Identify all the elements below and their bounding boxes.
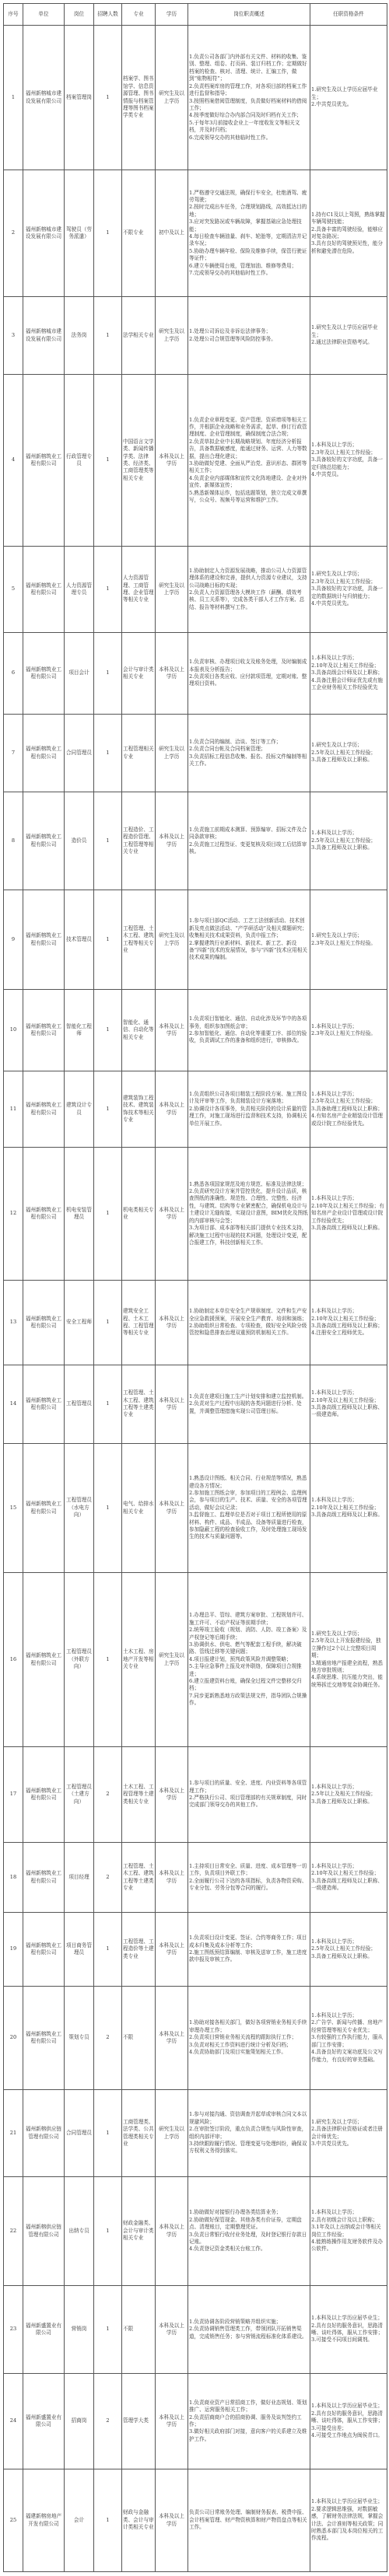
cell-duties: 1.熟悉各项国家规范及地方规范、标准及法律法规； 2.负责研究设计方案并管控优化… — [188, 1148, 310, 1281]
cell-duties: 1.负责施工前期成本测算、预算编审、招标文件及合同条款审核； 2.负责施工过程签… — [188, 792, 310, 890]
cell-no: 8 — [4, 792, 23, 890]
cell-requirements: 1.本科及以上学历； 2.5年及以上相关工作经验； 3.具备工程师及以上职称。 — [310, 1913, 387, 1987]
cell-unit: 福州新榕筑业工程有限公司 — [23, 1071, 65, 1148]
cell-major: 不限 — [122, 1987, 156, 2090]
cell-count: 1 — [94, 2090, 122, 2177]
cell-education: 本科及以上学历 — [156, 1987, 188, 2090]
cell-major: 中国语言文学类、新闻传播学类、法律类、经济类、工商管理类等相关专业 — [122, 375, 156, 547]
table-row: 4福州新榕筑业工程有限公司行政管理专员1中国语言文学类、新闻传播学类、法律类、经… — [4, 375, 387, 547]
table-row: 16福州新榕筑业工程有限公司工程管理员（外联方向）1土木工程、房地产开发等相关专… — [4, 1573, 387, 1747]
cell-requirements: 1.本科及以上学历； 2.10年及以上相关工作经验； 3.具备高级会计师及以上职… — [310, 633, 387, 715]
cell-education: 本科及以上学历 — [156, 2286, 188, 2374]
cell-post: 会计 — [65, 2469, 94, 2572]
cell-unit: 福州新榕筑业工程有限公司 — [23, 1573, 65, 1747]
table-row: 18福州新榕筑业工程有限公司项目经理2工程管理、土木工程、建筑工程等土建类专业本… — [4, 1843, 387, 1913]
cell-unit: 福州新榕筑业工程有限公司 — [23, 1913, 65, 1987]
cell-major: 建筑装饰工程技术、建筑装饰技术等相关专业 — [122, 1071, 156, 1148]
cell-unit: 福州新榕筑业工程有限公司 — [23, 1444, 65, 1573]
cell-major: 土木工程、房地产开发等相关专业 — [122, 1573, 156, 1747]
cell-requirements: 1.本科及以上学历； 2.10年及以上相关工作经验； 3.具备高级工程师及以上职… — [310, 1281, 387, 1365]
cell-requirements: 1.本科及以上学历； 2.5年以上及相关工作经验； 3.具备工程师及以上职称。 — [310, 1747, 387, 1843]
cell-education: 研究生及以上学历 — [156, 26, 188, 170]
cell-no: 11 — [4, 1071, 23, 1148]
cell-requirements: 1.研究生及以上学历； 2.3年及以上相关工作经验。 — [310, 890, 387, 990]
cell-count: 1 — [94, 297, 122, 375]
cell-education: 研究生及以上学历 — [156, 890, 188, 990]
cell-duties: 1.协助制定人力资源发展战略，推动公司人力资源管理体系的建设和完善，提供人力资源… — [188, 547, 310, 633]
cell-count: 1 — [94, 2469, 122, 2572]
table-body: 1福州新榕城市建设发展有限公司档案管理岗1档案学、图书馆学、信息资源管理、图书情… — [4, 26, 387, 2572]
cell-requirements: 1.研究生及以上学历应届毕业生； 2.通过法律职业资格考试。 — [310, 297, 387, 375]
table-row: 15福州新榕筑业工程有限公司工程管理员（水电方向）1电气、给排水相关专业本科及以… — [4, 1444, 387, 1573]
cell-education: 研究生及以上学历 — [156, 297, 188, 375]
cell-unit: 福州新榕筑业工程有限公司 — [23, 1987, 65, 2090]
cell-duties: 1.协助对接各相关部门，做好各项营销业务相关手续审理办理工作； 2.负责项目营销… — [188, 1987, 310, 2090]
table-row: 12福州新榕筑业工程有限公司机电安装管理员1机电类相关专业本科及以上学历1.熟悉… — [4, 1148, 387, 1281]
cell-requirements: 1.本科及以上学历； 2.10年及以上相关工作经验；有知名房产企业设计管理或设计… — [310, 1148, 387, 1281]
header-requirements: 任职资格条件 — [310, 4, 387, 26]
cell-post: 招商岗 — [65, 2374, 94, 2469]
cell-no: 20 — [4, 1987, 23, 2090]
cell-major: 土木工程、工程管理等土建类相关专业 — [122, 1747, 156, 1843]
cell-count: 1 — [94, 1365, 122, 1444]
cell-unit: 福州新榕城市建设发展有限公司 — [23, 170, 65, 297]
cell-education: 本科及以上学历 — [156, 990, 188, 1071]
cell-duties: 1.负责商业资产日常招商工作，做好业态规划、策划推广、运营服务相关工作； 2.负… — [188, 2374, 310, 2469]
table-row: 11福州新榕筑业工程有限公司建筑设计专员1建筑装饰工程技术、建筑装饰技术等相关专… — [4, 1071, 387, 1148]
cell-requirements: 1.本科及以上学历应届毕业生； 2.具有良好的服务意识，思路清晰、谈吐得体，服从… — [310, 2374, 387, 2469]
cell-post: 合同管理员 — [65, 715, 94, 792]
cell-education: 本科及以上学历 — [156, 1747, 188, 1843]
cell-count: 1 — [94, 1444, 122, 1573]
cell-education: 本科及以上学历 — [156, 2177, 188, 2286]
cell-education: 本科及以上学历 — [156, 1913, 188, 1987]
cell-count: 1 — [94, 1573, 122, 1747]
cell-post: 建筑设计专员 — [65, 1071, 94, 1148]
cell-no: 12 — [4, 1148, 23, 1281]
table-row: 20福州新榕筑业工程有限公司策划专员2不限本科及以上学历1.协助对接各相关部门，… — [4, 1987, 387, 2090]
cell-no: 3 — [4, 297, 23, 375]
cell-count: 1 — [94, 990, 122, 1071]
cell-count: 1 — [94, 715, 122, 792]
header-unit: 单位 — [23, 4, 65, 26]
cell-no: 25 — [4, 2469, 23, 2572]
cell-post: 人力资源管理专员 — [65, 547, 94, 633]
cell-unit: 福州新榕城市建设发展有限公司 — [23, 26, 65, 170]
cell-post: 营销岗 — [65, 2286, 94, 2374]
cell-requirements: 1.研究生及以上学历； 2.5年及以上相关工作经验； 3.具备工程师及以上职称。 — [310, 715, 387, 792]
cell-requirements: 1.本科及以上学历应届毕业生； 2.要求逻辑思维强，对数据敏感，了解财务法律法规… — [310, 2469, 387, 2572]
cell-no: 13 — [4, 1281, 23, 1365]
cell-duties: 负责公司日常账务处理、编制财务报表、税费申报、会计档案管理、财产物资核算和财产物… — [188, 2469, 310, 2572]
cell-requirements: 1.本科及以上学历； 2.10年及以上相关工作经验； 3.具备高级工程师及以上职… — [310, 1365, 387, 1444]
cell-no: 17 — [4, 1747, 23, 1843]
cell-post: 智能化工程师 — [65, 990, 94, 1071]
cell-major: 工程管理、工程造价等土建类专业 — [122, 1913, 156, 1987]
cell-count: 1 — [94, 792, 122, 890]
cell-education: 研究生及以上学历 — [156, 715, 188, 792]
cell-no: 22 — [4, 2177, 23, 2286]
cell-unit: 福州新榕筑业工程有限公司 — [23, 375, 65, 547]
cell-education: 本科及以上学历 — [156, 1843, 188, 1913]
cell-count: 1 — [94, 26, 122, 170]
cell-count: 1 — [94, 547, 122, 633]
cell-no: 15 — [4, 1444, 23, 1573]
cell-duties: 1.负责项目智能化、通信、自动化涉及环节中的各项事务，组织参加图纸会审； 2.参… — [188, 990, 310, 1071]
header-count: 招聘人数 — [94, 4, 122, 26]
cell-education: 本科及以上学历 — [156, 2469, 188, 2572]
cell-requirements: 1.研究生及以上学历； 2.5年及以上开发报建经验，独立操作过2个以上完整项目周… — [310, 1573, 387, 1747]
cell-major: 机电类相关专业 — [122, 1148, 156, 1281]
table-row: 2福州新榕城市建设发展有限公司驾驶员（劳务派遣）1不限专业初中及以上1.严格遵守… — [4, 170, 387, 297]
table-row: 25福建新榕房地产开发有限公司会计1财政与金融类、会计与审计类相关专业本科及以上… — [4, 2469, 387, 2572]
cell-requirements: 1.研究生及以上学历应届毕业生； 2.中共党员优先。 — [310, 26, 387, 170]
cell-post: 机电安装管理员 — [65, 1148, 94, 1281]
cell-duties: 1.参与项目的质量、安全、进度、内业资料等各项管理工作； 2.严格执行公司、项目… — [188, 1747, 310, 1843]
cell-count: 1 — [94, 633, 122, 715]
cell-count: 2 — [94, 1987, 122, 2090]
header-post: 岗位 — [65, 4, 94, 26]
cell-requirements: 1.本科及以上学历； 2.5年及以上相关工作经验； 3.具备助理工程师及以上职称… — [310, 1071, 387, 1148]
cell-major: 会计与审计类相关专业 — [122, 633, 156, 715]
cell-count: 1 — [94, 890, 122, 990]
cell-duties: 1.处理公司诉讼及非诉讼法律事务； 2.处理公司合规管理等风险防控事务。 — [188, 297, 310, 375]
cell-unit: 福州新榕筑业工程有限公司 — [23, 1747, 65, 1843]
cell-count: 2 — [94, 2374, 122, 2469]
cell-education: 本科及以上学历 — [156, 633, 188, 715]
cell-major: 法学相关专业 — [122, 297, 156, 375]
table-row: 13福州新榕筑业工程有限公司安全工程师1建筑安全工程、土木工程、工程管理等相关专… — [4, 1281, 387, 1365]
cell-requirements: 1.本科及以上学历； 2.3年及以上相关工作经验。 — [310, 990, 387, 1071]
cell-major: 不限专业 — [122, 170, 156, 297]
cell-major: 工程造价、工程造价管理、工程管理等相关专业 — [122, 792, 156, 890]
cell-education: 本科及以上学历 — [156, 1444, 188, 1573]
cell-major: 财政与金融类、会计与审计类相关专业 — [122, 2469, 156, 2572]
cell-major: 档案学、图书馆学、信息资源管理、图书情报与档案管理等图书档案学类专业 — [122, 26, 156, 170]
cell-count: 2 — [94, 1747, 122, 1843]
cell-post: 工程管理员（土建方向） — [65, 1747, 94, 1843]
cell-unit: 福州新盛置业有限公司 — [23, 2374, 65, 2469]
cell-count: 2 — [94, 1843, 122, 1913]
cell-duties: 1.负责合同的编制、洽谈、签订等工作； 2.负责合同台帐及合同档案管理； 3.负… — [188, 715, 310, 792]
table-row: 8福州新榕筑业工程有限公司造价员1工程造价、工程造价管理、工程管理等相关专业本科… — [4, 792, 387, 890]
cell-post: 安全工程师 — [65, 1281, 94, 1365]
cell-major: 工程管理相关专业 — [122, 715, 156, 792]
cell-education: 本科及以上学历 — [156, 375, 188, 547]
cell-post: 合同管理员 — [65, 2090, 94, 2177]
cell-duties: 1.参与项目部QC活动、工艺工法创新活动、技术创新及亮点做法活动、“产学研活动”… — [188, 890, 310, 990]
cell-requirements: 1.本科及以上学历； 2.3年及以上相关工作经验； 3.具备较好的文字功底，具备… — [310, 375, 387, 547]
table-row: 22福州新榕供应链管理有限公司出纳专员1财政金融类、会计与审计类相关专业本科及以… — [4, 2177, 387, 2286]
header-duties: 岗位职责概述 — [188, 4, 310, 26]
cell-no: 2 — [4, 170, 23, 297]
cell-post: 项目会计 — [65, 633, 94, 715]
cell-post: 行政管理专员 — [65, 375, 94, 547]
cell-count: 1 — [94, 1148, 122, 1281]
header-row: 序号 单位 岗位 招聘人数 专业 学历 岗位职责概述 任职资格条件 — [4, 4, 387, 26]
cell-unit: 福州新榕筑业工程有限公司 — [23, 1365, 65, 1444]
cell-major: 电气、给排水相关专业 — [122, 1444, 156, 1573]
cell-post: 工程管理员 — [65, 1365, 94, 1444]
cell-duties: 1.主持项目日常安全、质量、进度、成本管理等一切工作，负责项目外联工作； 2.全… — [188, 1843, 310, 1913]
cell-no: 19 — [4, 1913, 23, 1987]
cell-post: 项目经理 — [65, 1843, 94, 1913]
cell-education: 本科及以上学历 — [156, 1071, 188, 1148]
cell-no: 1 — [4, 26, 23, 170]
cell-no: 5 — [4, 547, 23, 633]
cell-unit: 福州新榕筑业工程有限公司 — [23, 1281, 65, 1365]
cell-education: 研究生及以上学历 — [156, 547, 188, 633]
cell-post: 项目商务管理员 — [65, 1913, 94, 1987]
cell-post: 法务岗 — [65, 297, 94, 375]
cell-education: 本科及以上学历 — [156, 2374, 188, 2469]
cell-count: 1 — [94, 1281, 122, 1365]
cell-post: 工程管理员（水电方向） — [65, 1444, 94, 1573]
header-education: 学历 — [156, 4, 188, 26]
cell-unit: 福建新榕房地产开发有限公司 — [23, 2469, 65, 2572]
cell-unit: 福州新榕筑业工程有限公司 — [23, 990, 65, 1071]
cell-duties: 1.负责在建项目施工生产计划安排和建立监控机制。 2.负责对生产过程中出现的各类… — [188, 1365, 310, 1444]
cell-unit: 福州新榕筑业工程有限公司 — [23, 890, 65, 990]
cell-major: 建筑安全工程、土木工程、工程管理等相关专业 — [122, 1281, 156, 1365]
cell-major: 人力资源管理、工商管理、企业管理等相关专业 — [122, 547, 156, 633]
cell-major: 工程管理、土木工程、建筑工程等土建类专业 — [122, 1843, 156, 1913]
cell-unit: 福州新榕城市建设发展有限公司 — [23, 297, 65, 375]
cell-count: 1 — [94, 1913, 122, 1987]
cell-count: 1 — [94, 2177, 122, 2286]
cell-education: 本科及以上学历 — [156, 1281, 188, 1365]
table-row: 9福州新榕筑业工程有限公司技术管理员1工程管理、土木工程、建筑工程等相关专业研究… — [4, 890, 387, 990]
cell-no: 7 — [4, 715, 23, 792]
cell-post: 造价员 — [65, 792, 94, 890]
cell-unit: 福州新榕筑业工程有限公司 — [23, 715, 65, 792]
cell-major: 智能化、通信、自动化等相关专业 — [122, 990, 156, 1071]
cell-requirements: 1.本科及以上学历应届毕业生； 2.具有良好的服务意识，思路清晰、谈吐得体，服从… — [310, 2286, 387, 2374]
header-no: 序号 — [4, 4, 23, 26]
cell-education: 初中及以上 — [156, 170, 188, 297]
cell-post: 技术管理员 — [65, 890, 94, 990]
cell-unit: 福州新榕筑业工程有限公司 — [23, 633, 65, 715]
cell-education: 研究生及以上学历 — [156, 2090, 188, 2177]
recruitment-table: 序号 单位 岗位 招聘人数 专业 学历 岗位职责概述 任职资格条件 1福州新榕城… — [3, 3, 387, 2572]
table-row: 23福州新盛置业有限公司营销岗1不限本科及以上学历1.负责协调各阶段营销策略并组… — [4, 2286, 387, 2374]
cell-education: 研究生及以上学历 — [156, 1573, 188, 1747]
cell-unit: 福州新榕筑业工程有限公司 — [23, 1843, 65, 1913]
table-row: 10福州新榕筑业工程有限公司智能化工程师1智能化、通信、自动化等相关专业本科及以… — [4, 990, 387, 1071]
cell-requirements: 1.持有C1及以上驾照，熟练掌握车辆驾驶技能； 2.具备丰富的驾驶经验，能够应对… — [310, 170, 387, 297]
cell-no: 24 — [4, 2374, 23, 2469]
cell-unit: 福州新榕筑业工程有限公司 — [23, 1148, 65, 1281]
table-row: 7福州新榕筑业工程有限公司合同管理员1工程管理相关专业研究生及以上学历1.负责合… — [4, 715, 387, 792]
cell-duties: 1.严格遵守交通法规，确保行车安全，杜绝酒驾、疲劳驾驶； 2.按时完成出车任务，… — [188, 170, 310, 297]
cell-count: 1 — [94, 170, 122, 297]
table-row: 14福州新榕筑业工程有限公司工程管理员1工程管理、土木工程、建筑工程等土建类专业… — [4, 1365, 387, 1444]
cell-duties: 1.办理总平、管综、建筑方案审批、工程规划许可、施工许可、不动产权证等前期手续；… — [188, 1573, 310, 1747]
cell-post: 出纳专员 — [65, 2177, 94, 2286]
table-row: 6福州新榕筑业工程有限公司项目会计1会计与审计类相关专业本科及以上学历1.负责审… — [4, 633, 387, 715]
cell-unit: 福州新榕筑业工程有限公司 — [23, 792, 65, 890]
cell-education: 本科及以上学历 — [156, 792, 188, 890]
cell-major: 财政金融类、会计与审计类相关专业 — [122, 2177, 156, 2286]
cell-requirements: 1.本科及以上学历； 2.广告学、新闻与传播、房地产经营管理等相关专业优先； 3… — [310, 1987, 387, 2090]
cell-no: 10 — [4, 990, 23, 1071]
cell-no: 14 — [4, 1365, 23, 1444]
cell-requirements: 1.本科及以上学历； 2.具有初级会计及以上职称； 3.1年及以上出纳或会计等相… — [310, 2177, 387, 2286]
cell-major: 管理学大类 — [122, 2374, 156, 2469]
cell-requirements: 1.研究生及以上学历； 2.3年及以上相关工作经验； 3.具备较好的文字功底，具… — [310, 547, 387, 633]
table-row: 5福州新榕筑业工程有限公司人力资源管理专员1人力资源管理、工商管理、企业管理等相… — [4, 547, 387, 633]
table-row: 17福州新榕筑业工程有限公司工程管理员（土建方向）2土木工程、工程管理等土建类相… — [4, 1747, 387, 1843]
cell-duties: 1.负责公司各部门内外部有关文件、材料的收集、鉴别、整理、组卷、打页码、装订归档… — [188, 26, 310, 170]
cell-duties: 1.负责协调各阶段营销策略并组织实施； 2.负责协调销售管理类工作，带领团队开拓… — [188, 2286, 310, 2374]
cell-unit: 福州新榕供应链管理有限公司 — [23, 2090, 65, 2177]
cell-count: 1 — [94, 2286, 122, 2374]
table-row: 21福州新榕供应链管理有限公司合同管理员1工商管理类、法学类、公共管理类相关专业… — [4, 2090, 387, 2177]
cell-no: 6 — [4, 633, 23, 715]
cell-requirements: 1.本科及以上学历； 2.5年及以上相关工作经验； 3.具备工程师及以上职称。 — [310, 792, 387, 890]
cell-post: 工程管理员（外联方向） — [65, 1573, 94, 1747]
cell-requirements: 1.研究生及以上学历； 2.具备法律职业资格证或者注册会计师优先； 3.中共党员… — [310, 2090, 387, 2177]
cell-count: 1 — [94, 375, 122, 547]
cell-post: 策划专员 — [65, 1987, 94, 2090]
cell-duties: 1.协助制定本单位安全生产规章制度、文件和生产安全应急救援预案，开展安全生产教育… — [188, 1281, 310, 1365]
cell-no: 18 — [4, 1843, 23, 1913]
cell-unit: 福州新榕供应链管理有限公司 — [23, 2177, 65, 2286]
cell-requirements: 1.本科及以上学历； 2.10年及以上相关工作经验； 3.具备高级工程师及以上职… — [310, 1444, 387, 1573]
cell-no: 4 — [4, 375, 23, 547]
cell-no: 9 — [4, 890, 23, 990]
header-major: 专业 — [122, 4, 156, 26]
cell-unit: 福州新榕筑业工程有限公司 — [23, 547, 65, 633]
cell-major: 不限 — [122, 2286, 156, 2374]
cell-duties: 1.熟悉设计图纸、相关合同、行业规范等情况，熟悉建设各方情况； 2.参加施工图纸… — [188, 1444, 310, 1573]
cell-duties: 1.负责审核、办理项目收支及账务处理，及时编制成本报表及分析报告； 2.负责项目… — [188, 633, 310, 715]
cell-duties: 1.负责项目设计变更、签证、合约等商务工作；项目成本归集及成本分析等工作； 2.… — [188, 1913, 310, 1987]
table-row: 19福州新榕筑业工程有限公司项目商务管理员1工程管理、工程造价等土建类专业本科及… — [4, 1913, 387, 1987]
cell-education: 本科及以上学历 — [156, 1365, 188, 1444]
cell-education: 本科及以上学历 — [156, 1148, 188, 1281]
cell-duties: 1.参与对接沟通、资信调查并起草或审核合同文本以规避风险； 2.在审批签订阶段，… — [188, 2090, 310, 2177]
cell-post: 驾驶员（劳务派遣） — [65, 170, 94, 297]
table-row: 1福州新榕城市建设发展有限公司档案管理岗1档案学、图书馆学、信息资源管理、图书情… — [4, 26, 387, 170]
cell-duties: 1.协助做好对接银行办理各类结算业务； 2.协助做好保管现金、其他各类有价证券，… — [188, 2177, 310, 2286]
cell-post: 档案管理岗 — [65, 26, 94, 170]
cell-count: 1 — [94, 1071, 122, 1148]
cell-duties: 1.负责组织公司各项目精装工程阶段方案、施工图设计及评审等工作，负责精装设计方案… — [188, 1071, 310, 1148]
cell-no: 16 — [4, 1573, 23, 1747]
cell-duties: 1.负责企业章程变更、资产管理、资质增项等相关工作，并根据企业战略和业务需求，起… — [188, 375, 310, 547]
table-row: 3福州新榕城市建设发展有限公司法务岗1法学相关专业研究生及以上学历1.处理公司诉… — [4, 297, 387, 375]
cell-requirements: 1.本科及以上学历； 2.10年及以上相关工作经验； 3.具备高级工程师及以上职… — [310, 1843, 387, 1913]
cell-no: 23 — [4, 2286, 23, 2374]
cell-major: 工程管理、土木工程、建筑工程等土建类专业 — [122, 1365, 156, 1444]
table-row: 24福州新盛置业有限公司招商岗2管理学大类本科及以上学历1.负责商业资产日常招商… — [4, 2374, 387, 2469]
cell-no: 21 — [4, 2090, 23, 2177]
cell-unit: 福州新盛置业有限公司 — [23, 2286, 65, 2374]
cell-major: 工商管理类、法学类、公共管理类相关专业 — [122, 2090, 156, 2177]
cell-major: 工程管理、土木工程、建筑工程等相关专业 — [122, 890, 156, 990]
